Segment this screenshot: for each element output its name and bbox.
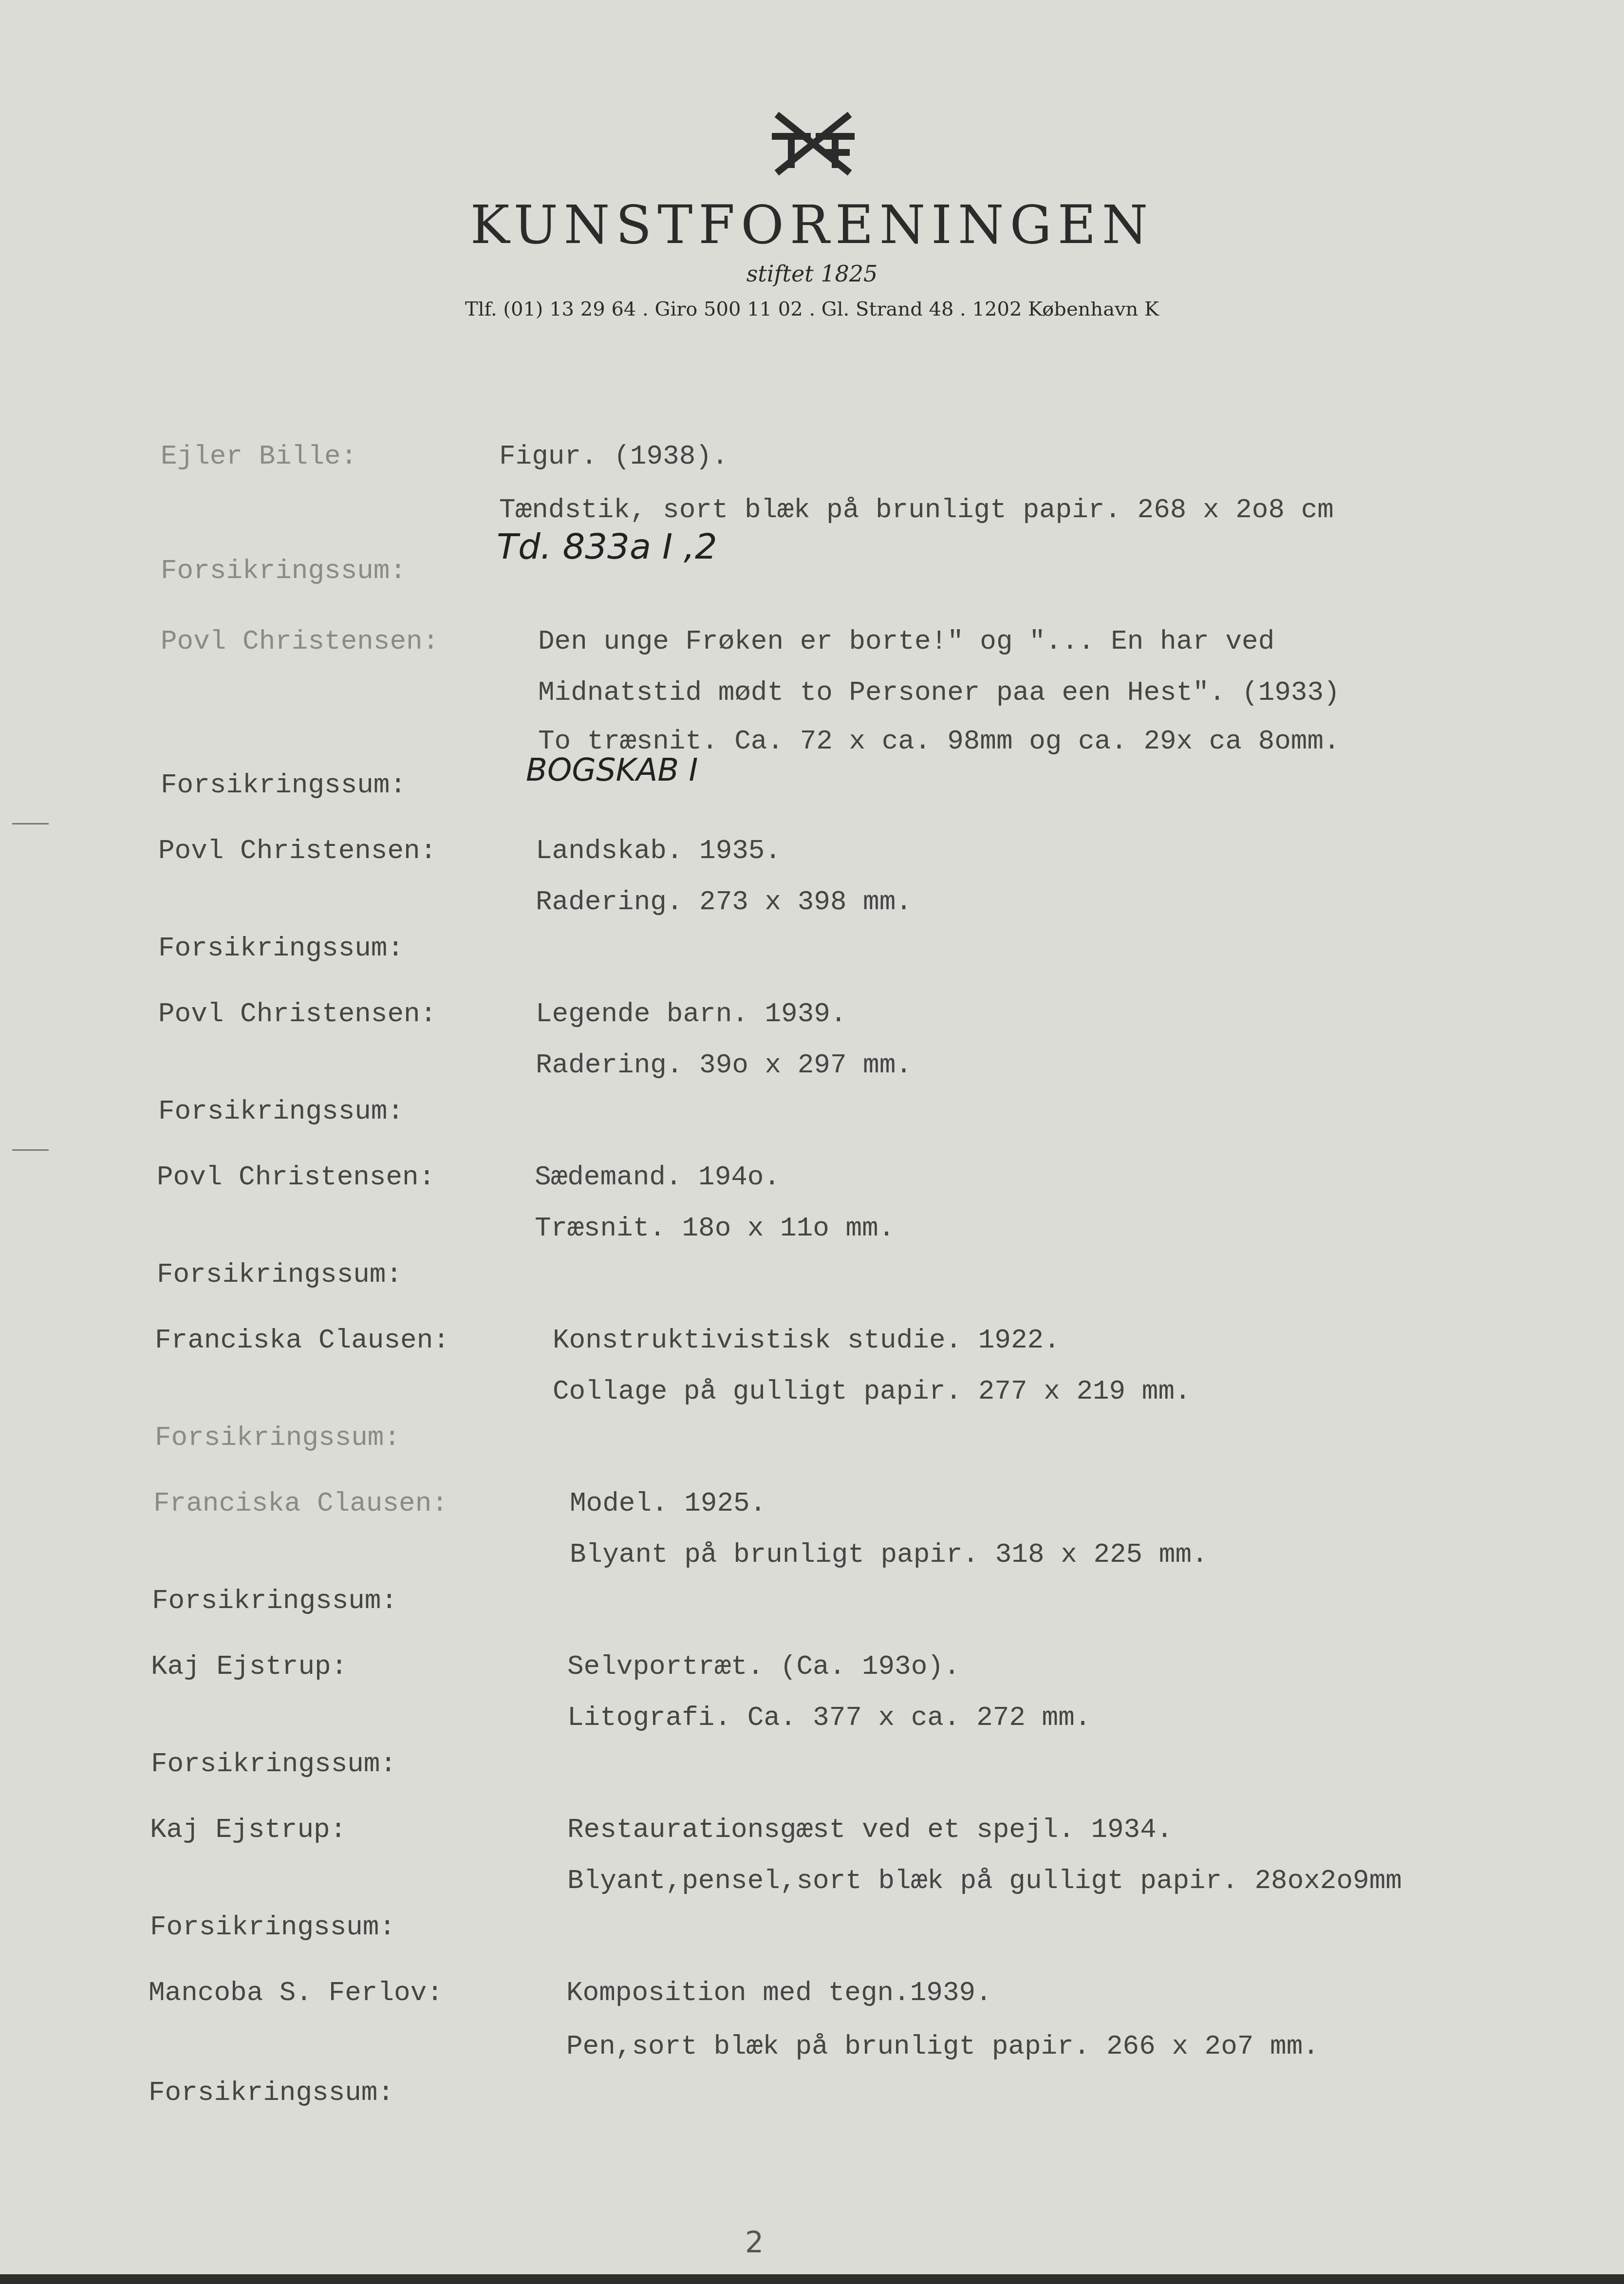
artist-name: Franciska Clausen:: [155, 1325, 449, 1356]
insurance-label: Forsikringssum:: [152, 1585, 397, 1616]
artwork-title: Konstruktivistisk studie. 1922.: [553, 1325, 1060, 1356]
margin-tick: [12, 823, 49, 824]
insurance-label: Forsikringssum:: [151, 1748, 396, 1779]
artwork-details: Litografi. Ca. 377 x ca. 272 mm.: [567, 1702, 1091, 1733]
handwritten-note: Td. 833a I ,2: [497, 526, 717, 567]
artwork-title: Sædemand. 194o.: [535, 1161, 780, 1193]
artist-name: Ejler Bille:: [161, 441, 357, 472]
artwork-title: Landskab. 1935.: [536, 835, 781, 866]
artist-name: Mancoba S. Ferlov:: [149, 1977, 443, 2008]
artwork-title: Selvportræt. (Ca. 193o).: [567, 1651, 960, 1682]
founded-line: stiftet 1825: [0, 261, 1624, 287]
artwork-title: Legende barn. 1939.: [536, 998, 847, 1030]
artist-name: Povl Christensen:: [158, 835, 436, 866]
artist-name: Franciska Clausen:: [153, 1488, 448, 1519]
artist-name: Povl Christensen:: [157, 1161, 435, 1193]
margin-tick: [12, 1149, 49, 1151]
insurance-label: Forsikringssum:: [157, 1259, 402, 1290]
artwork-title: Komposition med tegn.1939.: [566, 1977, 992, 2008]
handwritten-note: BOGSKAB I: [526, 752, 698, 788]
insurance-label: Forsikringssum:: [158, 933, 404, 964]
insurance-label: Forsikringssum:: [149, 2077, 394, 2108]
artwork-title: Restaurationsgæst ved et spejl. 1934.: [567, 1814, 1173, 1845]
artist-name: Povl Christensen:: [161, 626, 439, 657]
artwork-title: Model. 1925.: [570, 1488, 766, 1519]
artist-name: Kaj Ejstrup:: [150, 1814, 346, 1845]
kf-monogram-logo: [767, 110, 859, 178]
page-number: 2: [745, 2226, 764, 2260]
artwork-title: Figur. (1938).: [499, 441, 728, 472]
address-line: Tlf. (01) 13 29 64 . Giro 500 11 02 . Gl…: [0, 298, 1624, 320]
organization-name: KUNSTFORENINGEN: [0, 195, 1624, 256]
insurance-label: Forsikringssum:: [161, 555, 406, 586]
artwork-details: Radering. 39o x 297 mm.: [536, 1049, 912, 1081]
artwork-details: Blyant på brunligt papir. 318 x 225 mm.: [570, 1539, 1208, 1570]
artwork-details: Collage på gulligt papir. 277 x 219 mm.: [553, 1376, 1191, 1407]
artwork-title: Midnatstid mødt to Personer paa een Hest…: [538, 677, 1340, 708]
artwork-details: Blyant,pensel,sort blæk på gulligt papir…: [567, 1865, 1402, 1896]
artist-name: Povl Christensen:: [158, 998, 436, 1030]
artwork-details: Radering. 273 x 398 mm.: [536, 886, 912, 917]
insurance-label: Forsikringssum:: [150, 1911, 395, 1943]
insurance-label: Forsikringssum:: [155, 1422, 400, 1453]
artwork-title: Den unge Frøken er borte!" og "... En ha…: [538, 626, 1274, 657]
artwork-details: Træsnit. 18o x 11o mm.: [535, 1213, 895, 1244]
insurance-label: Forsikringssum:: [161, 769, 406, 801]
artwork-details: Pen,sort blæk på brunligt papir. 266 x 2…: [566, 2031, 1319, 2062]
artwork-details: Tændstik, sort blæk på brunligt papir. 2…: [499, 494, 1334, 525]
insurance-label: Forsikringssum:: [158, 1096, 404, 1127]
document-page: KUNSTFORENINGEN stiftet 1825 Tlf. (01) 1…: [0, 0, 1624, 2274]
artist-name: Kaj Ejstrup:: [151, 1651, 347, 1682]
